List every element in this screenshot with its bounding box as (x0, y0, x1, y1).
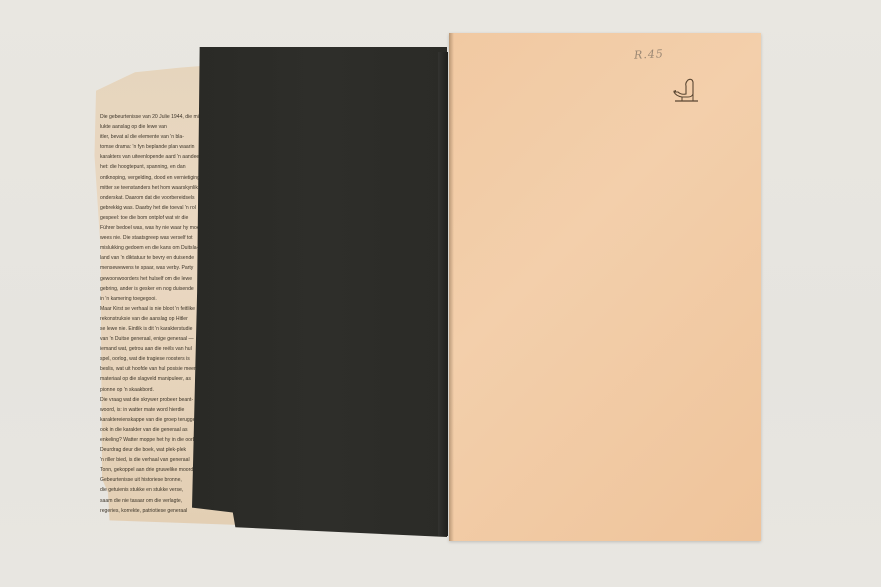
jacket-text-line: iemand wat, getrou aan die reëls van hul (100, 344, 208, 354)
jacket-text-line: in 'n kamering toegegooi. (100, 294, 208, 304)
jacket-text-line: gespeel: toe die bom ontplof wat vir die (100, 213, 208, 223)
jacket-text-line: karakters van uiteenlopende aard 'n aand… (100, 152, 208, 162)
jacket-text-line: die getuienis stukke en stukke verse, (100, 485, 208, 495)
jacket-text-line: Die gebeurtenisse van 20 Julie 1944, die… (100, 112, 208, 122)
jacket-text-line: onderskat. Daarom dat die voorbereidsels (100, 193, 208, 203)
jacket-text-line: Führer bedoel was, was hy nie waar hy mo… (100, 223, 208, 233)
jacket-text-line: beslis, wat uit hoofde van hul posisie m… (100, 364, 208, 374)
page-gutter-shadow (449, 33, 454, 541)
jacket-text-line: ontknoping, vergelding, dood en vernieti… (100, 173, 208, 183)
jacket-text-line: enkeling? Watter moppe het hy in die oor… (100, 435, 208, 445)
cover-spine-edge (438, 52, 448, 536)
jacket-text-line: gebring, ander is gesker en nog duisende (100, 284, 208, 294)
jacket-text-line: Gebeurtenisse uit historiese bronne, (100, 475, 208, 485)
jacket-text-line: 'n riller bied, is die verhaal van gener… (100, 455, 208, 465)
jacket-blurb-text: Die gebeurtenisse van 20 Julie 1944, die… (100, 112, 208, 516)
jacket-text-line: mensewewens te spaar, was verby. Party (100, 263, 208, 273)
jacket-text-line: spel, oorlog, wat die tragiese roosters … (100, 354, 208, 364)
jacket-text-line: tomse drama: 'n fyn beplande plan waarin (100, 142, 208, 152)
jacket-text-line: ook in die karakter van die generaal as (100, 425, 208, 435)
jacket-text-line: woord, is: in watter mate word hierdie (100, 405, 208, 415)
jacket-text-line: Tonn, gekoppel aan drie gruwelike moorde… (100, 465, 208, 475)
jacket-text-line: mitter se teenstanders het hom waarskynl… (100, 183, 208, 193)
jacket-text-line: wees nie. Die staatsgreep was verself to… (100, 233, 208, 243)
jacket-text-line: Die vraag wat die skrywer probeer beant- (100, 395, 208, 405)
jacket-text-line: itler, bevat al die elemente van 'n bla- (100, 132, 208, 142)
jacket-text-line: van 'n Duitse generaal, enige generaal — (100, 334, 208, 344)
black-cloth-cover-flap (192, 47, 447, 537)
jacket-text-line: karaktereienskappe van die groep terugge… (100, 415, 208, 425)
jacket-text-line: gebrekkig was. Daarby het die toeval 'n … (100, 203, 208, 213)
jacket-text-line: se lewe nie. Eintlik is dit 'n karakters… (100, 324, 208, 334)
pencil-price-note: R.45 (634, 47, 664, 62)
jacket-text-line: lukte aanslag op die lewe van (100, 122, 208, 132)
publisher-bird-emblem-icon (668, 74, 702, 108)
jacket-text-line: het: die hoogtepunt, spanning, en dan (100, 162, 208, 172)
jacket-text-line: regeries, korrekte, patriotiese generaal (100, 506, 208, 516)
jacket-text-line: materiaal op die slagveld manipuleer, as (100, 374, 208, 384)
jacket-text-line: Deurdrag deur die boek, wat plek-plek (100, 445, 208, 455)
jacket-text-line: Maar Kirst se verhaal is nie bloot 'n fe… (100, 304, 208, 314)
jacket-text-line: gewoonwoorders het hulself om die lewe (100, 274, 208, 284)
book-photo-scene: Die gebeurtenisse van 20 Julie 1944, die… (0, 0, 881, 587)
jacket-text-line: land van 'n diktatuur te bevry en duisen… (100, 253, 208, 263)
jacket-text-line: rekonstruksie van die aanslag op Hitler (100, 314, 208, 324)
jacket-text-line: saam die nie tasaar om die verlagte, (100, 496, 208, 506)
jacket-text-line: mislukking gedoem en die kans om Duitsla… (100, 243, 208, 253)
jacket-text-line: pionne op 'n skaakbord. (100, 385, 208, 395)
endpaper-page (449, 33, 761, 541)
